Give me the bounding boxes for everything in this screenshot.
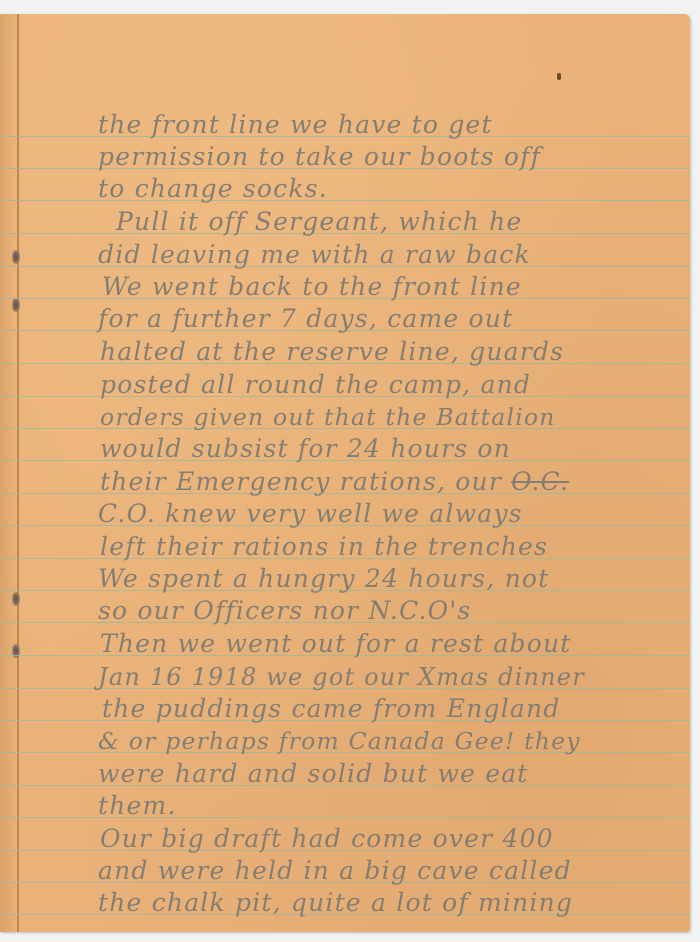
text-line: posted all round the camp, and [100, 370, 531, 400]
text-line: Jan 16 1918 we got our Xmas dinner [98, 662, 585, 692]
struck-text: O.C. [511, 467, 569, 496]
binding-shadow [0, 14, 17, 932]
text-line: so our Officers nor N.C.O's [98, 596, 471, 626]
text-line: Our big draft had come over 400 [100, 824, 554, 854]
text-line: left their rations in the trenches [100, 532, 548, 562]
text-line: and were held in a big cave called [98, 856, 572, 886]
text-line: the chalk pit, quite a lot of mining [98, 888, 573, 918]
text-line: were hard and solid but we eat [98, 759, 529, 789]
text-line: would subsist for 24 hours on [100, 434, 511, 464]
text-line: to change socks. [98, 174, 328, 204]
scanned-page: the front line we have to get permission… [0, 0, 700, 942]
text-line: We went back to the front line [102, 272, 522, 302]
text-segment: their Emergency rations, our [100, 467, 502, 496]
text-line: their Emergency rations, our O.C. [100, 467, 569, 497]
text-line: halted at the reserve line, guards [100, 337, 564, 367]
text-line: Pull it off Sergeant, which he [116, 207, 522, 237]
stitch-hole-icon [12, 592, 20, 606]
text-line: orders given out that the Battalion [100, 402, 556, 432]
paper-speck [557, 73, 561, 80]
text-line: permission to take our boots off [98, 142, 541, 172]
text-line: & or perhaps from Canada Gee! they [98, 726, 581, 756]
text-line: did leaving me with a raw back [98, 240, 531, 270]
binding-edge [17, 14, 19, 932]
text-line: the front line we have to get [98, 110, 493, 140]
text-line: C.O. knew very well we always [98, 499, 523, 529]
text-line: We spent a hungry 24 hours, not [98, 564, 549, 594]
text-line: for a further 7 days, came out [98, 304, 513, 334]
stitch-hole-icon [12, 298, 20, 312]
text-line: them. [98, 791, 177, 821]
text-line: the puddings came from England [102, 694, 561, 724]
stitch-hole-icon [12, 250, 20, 264]
text-line: Then we went out for a rest about [100, 629, 572, 659]
notebook-page: the front line we have to get permission… [0, 14, 690, 932]
